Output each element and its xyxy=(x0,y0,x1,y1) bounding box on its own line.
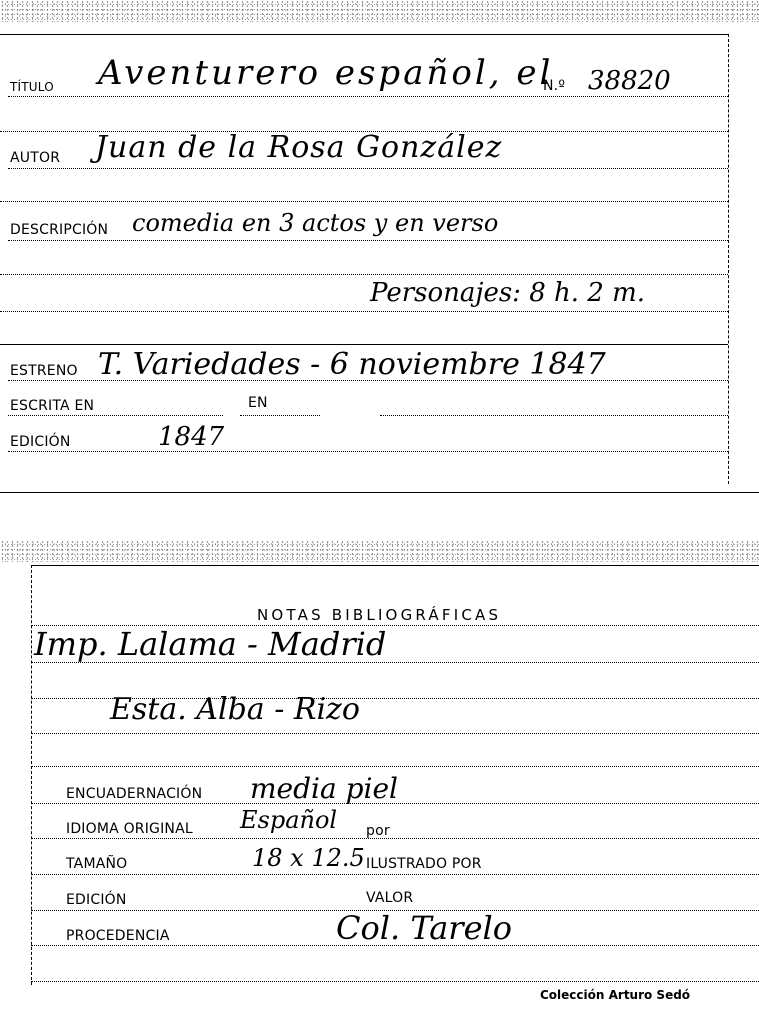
note-line-2: Esta. Alba - Rizo xyxy=(110,695,360,725)
label-valor: VALOR xyxy=(366,891,413,905)
value-estreno: T. Variedades - 6 noviembre 1847 xyxy=(98,350,606,380)
rule-tamano xyxy=(31,874,759,875)
label-tamano: TAMAÑO xyxy=(66,857,127,871)
rule-edicion xyxy=(8,451,728,452)
label-ilustrado-por: ILUSTRADO POR xyxy=(366,857,482,871)
label-descripcion: DESCRIPCIÓN xyxy=(10,223,108,237)
card-top-right-edge xyxy=(728,34,729,484)
value-idioma-original: Español xyxy=(240,808,337,832)
label-edicion: EDICIÓN xyxy=(10,435,71,449)
value-personajes: Personajes: 8 h. 2 m. xyxy=(370,280,645,306)
label-numero: N.º xyxy=(543,79,565,93)
value-numero: 38820 xyxy=(588,68,671,94)
value-descripcion: comedia en 3 actos y en verso xyxy=(132,211,498,235)
rule-escrita-en xyxy=(8,415,223,416)
rule-descripcion xyxy=(8,240,728,241)
rule-en xyxy=(240,415,320,416)
label-idioma-original: IDIOMA ORIGINAL xyxy=(66,822,193,836)
value-procedencia: Col. Tarelo xyxy=(336,912,512,944)
rule xyxy=(0,201,728,202)
scan-noise-top xyxy=(0,0,759,22)
value-tamano: 18 x 12.5 xyxy=(252,846,365,870)
label-edicion-bottom: EDICIÓN xyxy=(66,893,127,907)
rule-autor xyxy=(8,168,728,169)
rule-en-right xyxy=(380,415,728,416)
rule-idioma xyxy=(31,838,759,839)
scan-noise-bottom xyxy=(0,540,759,562)
label-titulo: TÍTULO xyxy=(10,81,54,93)
label-estreno: ESTRENO xyxy=(10,364,78,378)
label-procedencia: PROCEDENCIA xyxy=(66,929,170,943)
label-escrita-en: ESCRITA EN xyxy=(10,399,94,413)
rule-titulo xyxy=(8,96,728,97)
rule xyxy=(31,981,759,982)
label-en: EN xyxy=(248,396,268,410)
card-bottom-left-edge xyxy=(31,565,32,985)
rule xyxy=(31,766,759,767)
collection-credit: Colección Arturo Sedó xyxy=(540,988,690,1002)
label-encuadernacion: ENCUADERNACIÓN xyxy=(66,787,202,801)
rule-personajes xyxy=(0,311,728,312)
value-edicion: 1847 xyxy=(158,424,224,450)
value-autor: Juan de la Rosa González xyxy=(95,133,502,163)
label-autor: AUTOR xyxy=(10,151,60,165)
value-titulo: Aventurero español, el xyxy=(98,56,553,90)
card-bottom-border xyxy=(31,565,759,566)
rule xyxy=(0,274,728,275)
notas-heading: NOTAS BIBLIOGRÁFICAS xyxy=(257,606,501,624)
rule-note-2 xyxy=(31,733,759,734)
rule xyxy=(0,344,728,345)
scan-divider xyxy=(0,492,759,493)
label-por: por xyxy=(366,824,390,838)
value-encuadernacion: media piel xyxy=(250,775,398,803)
card-top-border xyxy=(0,34,728,35)
note-line-1: Imp. Lalama - Madrid xyxy=(34,628,386,660)
